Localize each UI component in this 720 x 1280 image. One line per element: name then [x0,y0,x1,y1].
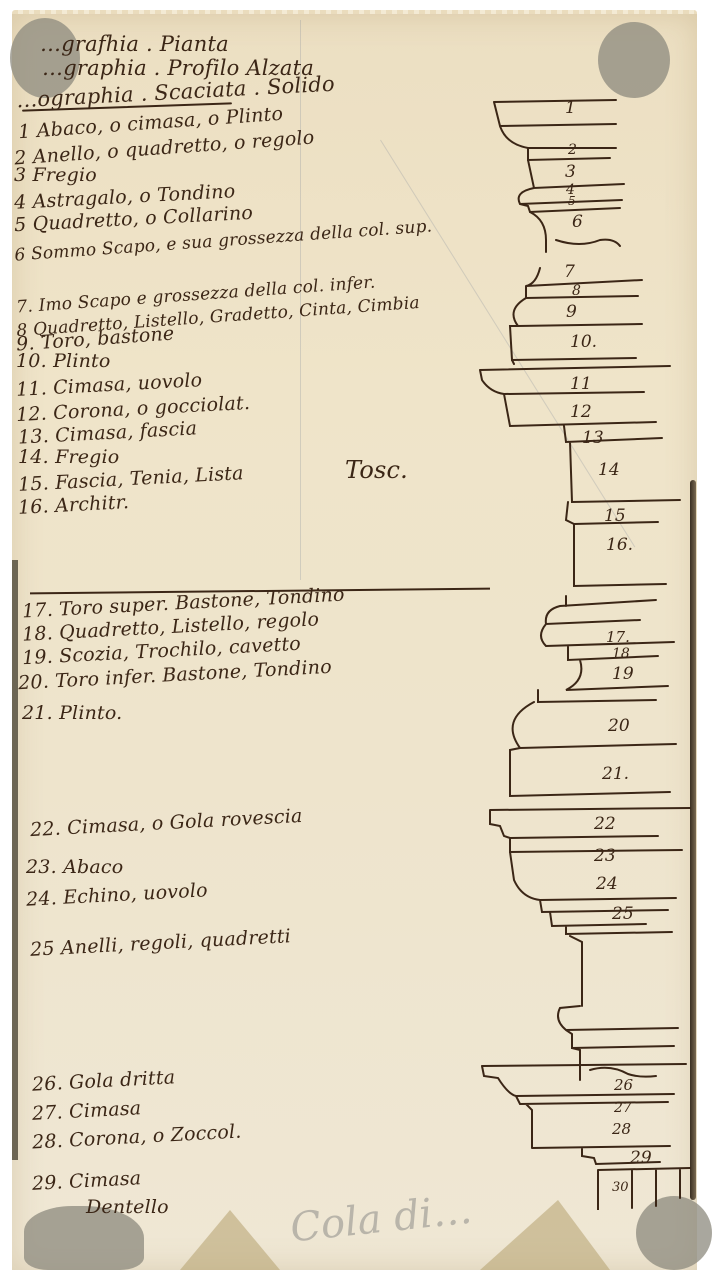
profile-label-18: 18 [612,646,630,662]
order-label-tuscan: Tosc. [345,456,408,484]
column-profile-drawing [470,80,700,1210]
profile-label-7: 7 [564,262,575,282]
profile-label-23: 23 [594,846,616,866]
profile-label-9: 9 [566,302,577,322]
profile-label-20: 20 [608,716,630,736]
profile-label-11: 11 [570,374,592,394]
legend-item: 21. Plinto. [22,702,122,724]
profile-label-24: 24 [596,874,618,894]
legend-item: 10. Plinto [16,350,111,372]
profile-label-15: 15 [604,506,626,526]
profile-label-27: 27 [614,1100,632,1116]
profile-label-25: 25 [612,904,634,924]
profile-label-3: 3 [565,162,576,182]
profile-label-5: 5 [568,194,576,208]
profile-label-28: 28 [612,1120,631,1138]
legend-item: 3 Fregio [14,164,97,186]
profile-label-16: 16. [606,535,633,555]
profile-label-26: 26 [614,1076,633,1094]
profile-label-2: 2 [568,142,577,158]
legend-item: Dentello [86,1196,169,1218]
profile-label-22: 22 [594,814,616,834]
profile-label-19: 19 [612,664,634,684]
profile-label-30: 30 [612,1180,629,1195]
profile-label-29: 29 [630,1148,652,1168]
legend-item: 23. Abaco [26,856,123,878]
profile-label-10: 10. [570,332,597,352]
left-edge-shadow [12,560,18,1160]
profile-label-21: 21. [602,764,629,784]
profile-label-1: 1 [565,98,576,118]
profile-label-8: 8 [572,283,581,299]
profile-label-14: 14 [598,460,620,480]
profile-label-6: 6 [572,212,583,232]
profile-label-13: 13 [582,428,604,448]
legend-item: 14. Fregio [18,446,119,468]
header-line-1: …grafhia . Pianta [40,32,229,56]
profile-label-12: 12 [570,402,592,422]
profile-label-17: 17. [606,628,630,646]
